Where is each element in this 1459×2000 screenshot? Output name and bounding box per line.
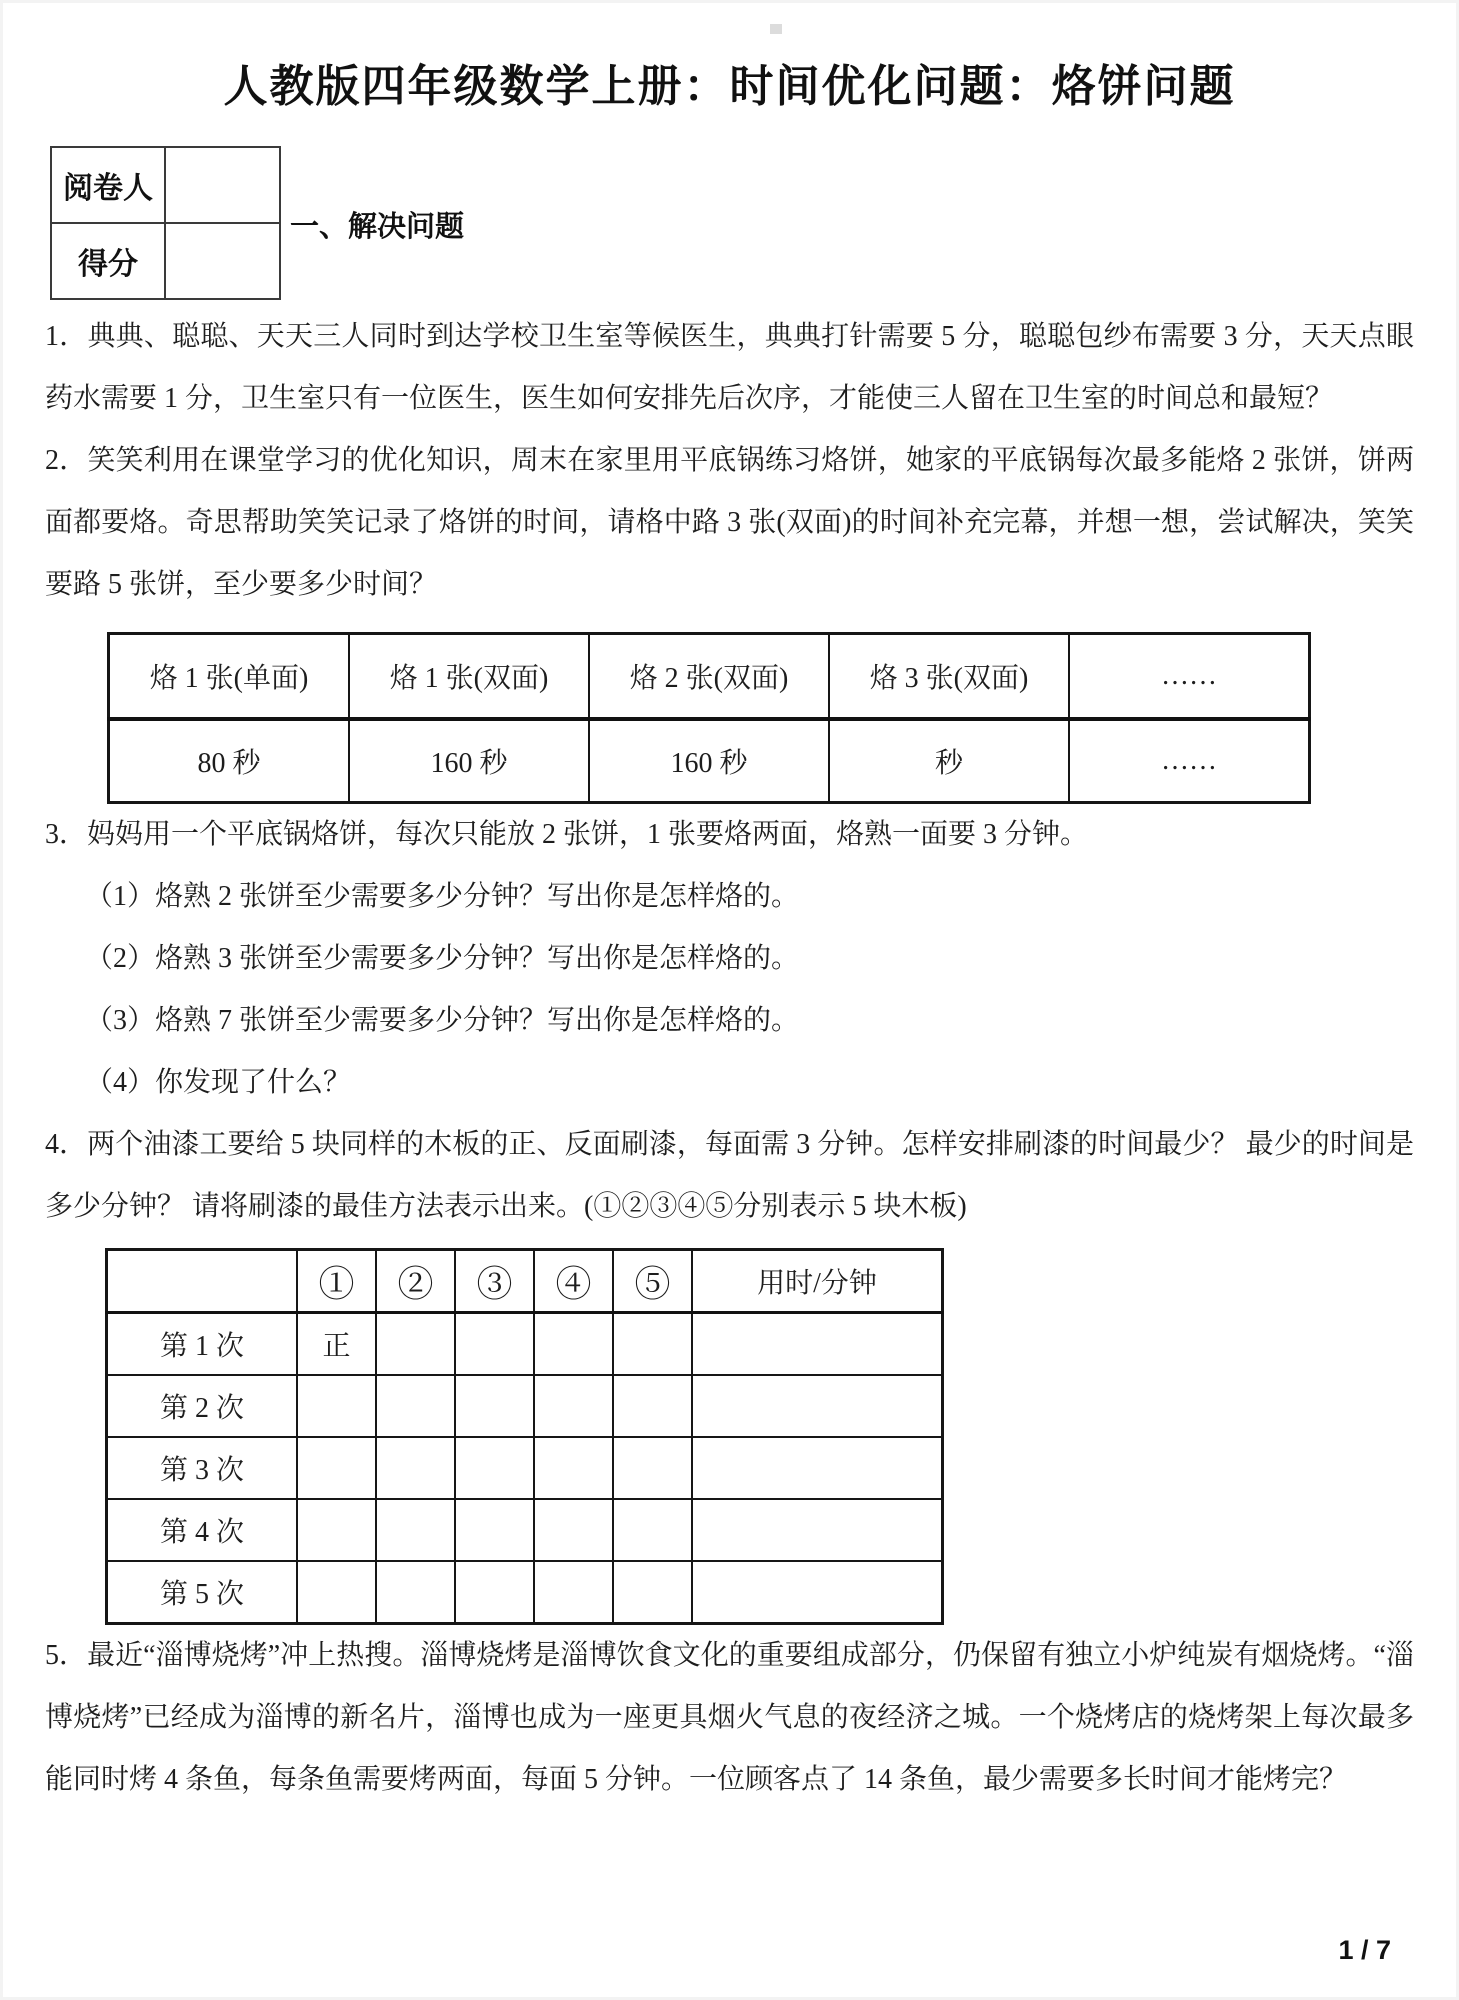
cell bbox=[297, 1375, 376, 1437]
cell bbox=[455, 1375, 534, 1437]
painting-row-1: 第 1 次 正 bbox=[107, 1313, 943, 1376]
cell bbox=[297, 1437, 376, 1499]
cell bbox=[455, 1313, 534, 1376]
cell: 正 bbox=[297, 1313, 376, 1376]
question-3-sub-4: （4）你发现了什么？ bbox=[85, 1052, 1414, 1114]
time-cell bbox=[692, 1561, 943, 1624]
page-title: 人教版四年级数学上册：时间优化问题：烙饼问题 bbox=[45, 0, 1414, 114]
pancake-table-value-row: 80 秒 160 秒 160 秒 秒 …… bbox=[109, 719, 1310, 803]
cell bbox=[613, 1313, 692, 1376]
pancake-header-cell: 烙 3 张(双面) bbox=[829, 634, 1069, 720]
cell bbox=[376, 1561, 455, 1624]
pancake-time-table: 烙 1 张(单面) 烙 1 张(双面) 烙 2 张(双面) 烙 3 张(双面) … bbox=[107, 632, 1311, 804]
score-row: 得分 bbox=[51, 223, 280, 299]
cell bbox=[534, 1375, 613, 1437]
cell bbox=[297, 1499, 376, 1561]
page-number: 1 / 7 bbox=[1338, 1935, 1391, 1966]
row-label: 第 5 次 bbox=[107, 1561, 298, 1624]
time-cell bbox=[692, 1437, 943, 1499]
time-cell bbox=[692, 1375, 943, 1437]
pancake-header-cell: 烙 2 张(双面) bbox=[589, 634, 829, 720]
pancake-value-cell: 160 秒 bbox=[589, 719, 829, 803]
question-5: 5．最近“淄博烧烤”冲上热搜。淄博烧烤是淄博饮食文化的重要组成部分，仍保留有独立… bbox=[45, 1625, 1414, 1811]
time-cell bbox=[692, 1499, 943, 1561]
painting-header-blank bbox=[107, 1250, 298, 1313]
painting-table-header-row: ① ② ③ ④ ⑤ 用时/分钟 bbox=[107, 1250, 943, 1313]
row-label: 第 3 次 bbox=[107, 1437, 298, 1499]
worksheet-page: 人教版四年级数学上册：时间优化问题：烙饼问题 阅卷人 得分 一、解决问题 1．典… bbox=[0, 0, 1459, 2000]
painting-row-2: 第 2 次 bbox=[107, 1375, 943, 1437]
row-label: 第 2 次 bbox=[107, 1375, 298, 1437]
cell bbox=[613, 1437, 692, 1499]
pancake-table-header-row: 烙 1 张(单面) 烙 1 张(双面) 烙 2 张(双面) 烙 3 张(双面) … bbox=[109, 634, 1310, 720]
board-1-header: ① bbox=[297, 1250, 376, 1313]
cell bbox=[613, 1375, 692, 1437]
score-value-cell bbox=[165, 223, 280, 299]
grader-label: 阅卷人 bbox=[51, 147, 165, 223]
board-4-header: ④ bbox=[534, 1250, 613, 1313]
question-3-sub-2: （2）烙熟 3 张饼至少需要多少分钟？写出你是怎样烙的。 bbox=[85, 928, 1414, 990]
painting-row-4: 第 4 次 bbox=[107, 1499, 943, 1561]
pancake-value-cell: 160 秒 bbox=[349, 719, 589, 803]
question-4: 4．两个油漆工要给 5 块同样的木板的正、反面刷漆，每面需 3 分钟。怎样安排刷… bbox=[45, 1114, 1414, 1238]
cell bbox=[534, 1313, 613, 1376]
grader-value-cell bbox=[165, 147, 280, 223]
time-cell bbox=[692, 1313, 943, 1376]
row-label: 第 1 次 bbox=[107, 1313, 298, 1376]
cell bbox=[455, 1499, 534, 1561]
cell bbox=[297, 1561, 376, 1624]
row-label: 第 4 次 bbox=[107, 1499, 298, 1561]
pancake-header-cell: 烙 1 张(单面) bbox=[109, 634, 350, 720]
cell bbox=[534, 1437, 613, 1499]
pancake-value-cell: …… bbox=[1069, 719, 1310, 803]
board-3-header: ③ bbox=[455, 1250, 534, 1313]
pancake-header-cell: …… bbox=[1069, 634, 1310, 720]
board-5-header: ⑤ bbox=[613, 1250, 692, 1313]
cell bbox=[534, 1499, 613, 1561]
score-label: 得分 bbox=[51, 223, 165, 299]
question-3: 3．妈妈用一个平底锅烙饼，每次只能放 2 张饼，1 张要烙两面，烙熟一面要 3 … bbox=[45, 804, 1414, 866]
cell bbox=[613, 1561, 692, 1624]
header-band: 阅卷人 得分 一、解决问题 bbox=[45, 146, 1414, 306]
question-3-sub-1: （1）烙熟 2 张饼至少需要多少分钟？写出你是怎样烙的。 bbox=[85, 866, 1414, 928]
scan-artifact bbox=[770, 24, 782, 34]
section-heading: 一、解决问题 bbox=[290, 204, 464, 245]
cell bbox=[376, 1375, 455, 1437]
cell bbox=[455, 1561, 534, 1624]
grader-score-table: 阅卷人 得分 bbox=[50, 146, 281, 300]
cell bbox=[455, 1437, 534, 1499]
pancake-value-cell: 秒 bbox=[829, 719, 1069, 803]
grader-row: 阅卷人 bbox=[51, 147, 280, 223]
cell bbox=[613, 1499, 692, 1561]
question-3-sub-3: （3）烙熟 7 张饼至少需要多少分钟？写出你是怎样烙的。 bbox=[85, 990, 1414, 1052]
cell bbox=[376, 1437, 455, 1499]
question-2: 2．笑笑利用在课堂学习的优化知识，周末在家里用平底锅练习烙饼，她家的平底锅每次最… bbox=[45, 430, 1414, 616]
board-2-header: ② bbox=[376, 1250, 455, 1313]
time-header: 用时/分钟 bbox=[692, 1250, 943, 1313]
pancake-value-cell: 80 秒 bbox=[109, 719, 350, 803]
cell bbox=[376, 1499, 455, 1561]
cell bbox=[534, 1561, 613, 1624]
cell bbox=[376, 1313, 455, 1376]
painting-row-5: 第 5 次 bbox=[107, 1561, 943, 1624]
pancake-header-cell: 烙 1 张(双面) bbox=[349, 634, 589, 720]
painting-row-3: 第 3 次 bbox=[107, 1437, 943, 1499]
question-1: 1．典典、聪聪、天天三人同时到达学校卫生室等候医生，典典打针需要 5 分，聪聪包… bbox=[45, 306, 1414, 430]
painting-plan-table: ① ② ③ ④ ⑤ 用时/分钟 第 1 次 正 第 2 次 bbox=[105, 1248, 944, 1625]
